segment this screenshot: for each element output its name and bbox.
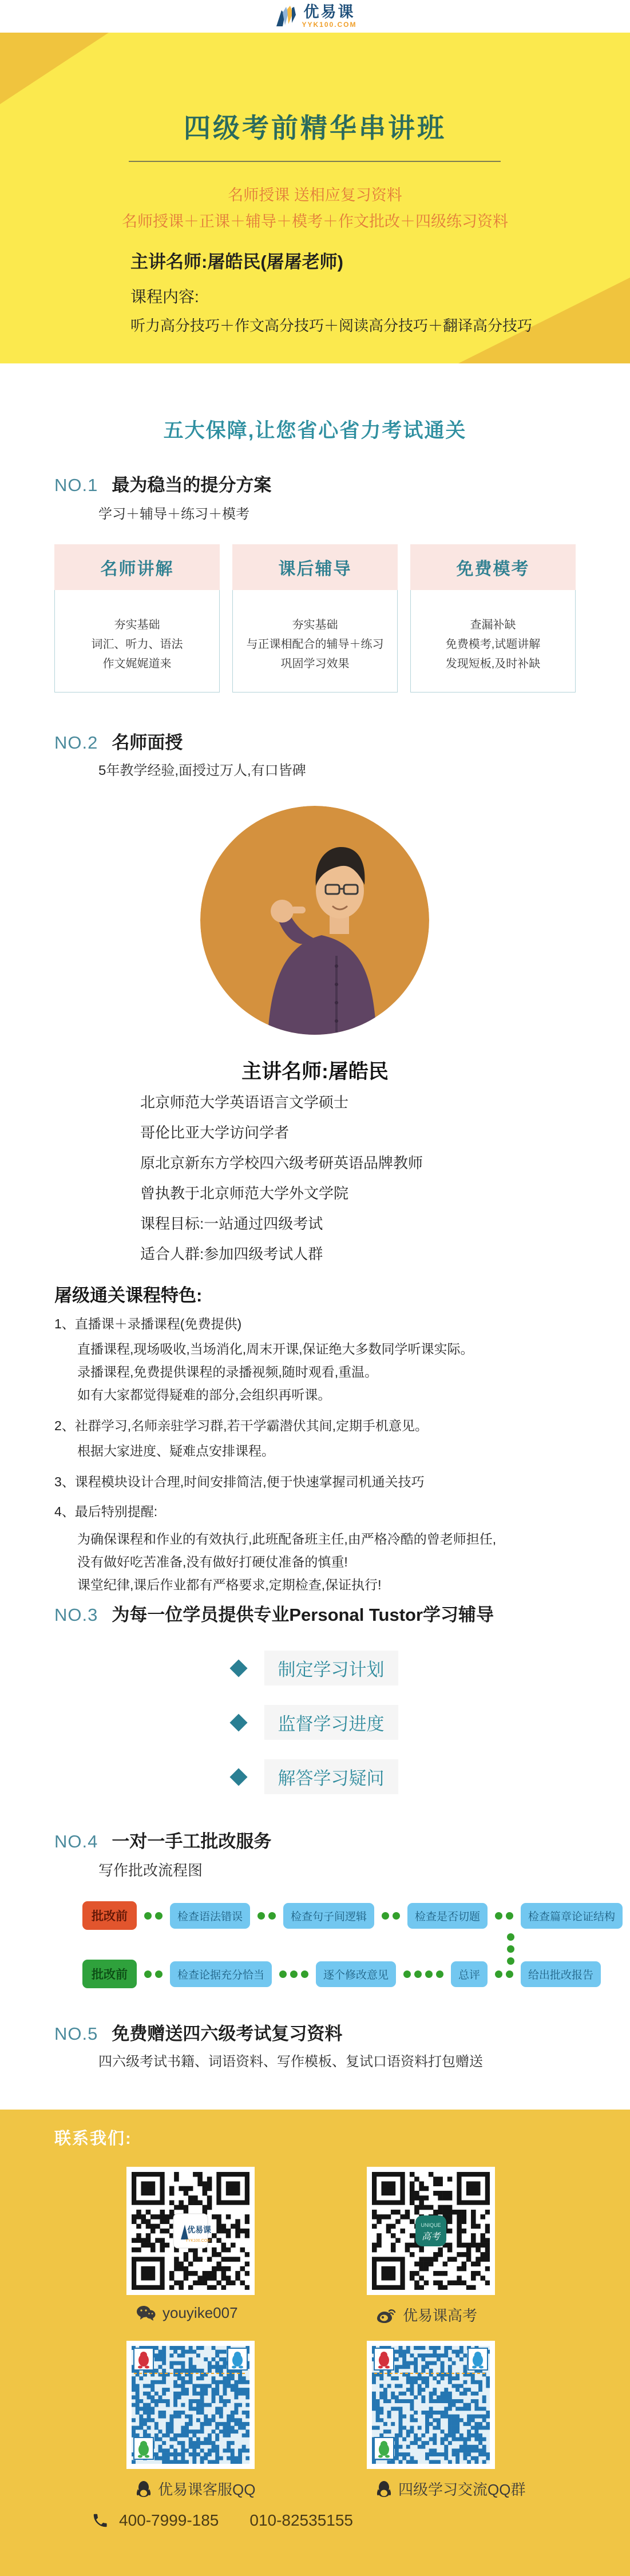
card-line: 与正课相配合的辅导＋练习 xyxy=(233,635,397,654)
bullet-label: 监督学习进度 xyxy=(264,1705,398,1740)
teacher-bio: 北京师范大学英语语言文学硕士 哥伦比亚大学访问学者 原北京新东方学校四六级考研英… xyxy=(140,1087,423,1269)
features-heading: 屠级通关课程特色: xyxy=(54,1281,202,1307)
weibo-account-label: 优易课高考 xyxy=(377,2304,477,2325)
no3-badge: NO.3 xyxy=(54,1605,98,1625)
flow-dots xyxy=(402,1970,445,1978)
tutor-bullets: 制定学习计划 监督学习进度 解答学习疑问 xyxy=(0,1651,630,1814)
card-line: 免费模考,试题讲解 xyxy=(411,635,575,654)
card-body: 查漏补缺 免费模考,试题讲解 发现短板,及时补缺 xyxy=(411,590,575,674)
banner-teacher-line: 主讲名师:屠皓民(屠屠老师) xyxy=(130,247,343,273)
no4-badge: NO.4 xyxy=(54,1831,98,1852)
section-no4-heading: NO.4 一对一手工批改服务 xyxy=(54,1827,271,1853)
feature-line: 录播课程,免费提供课程的录播视频,随时观看,重温。 xyxy=(54,1363,604,1380)
logo: 优易课 YYK100.COM xyxy=(273,5,356,29)
card-line: 巩固学习效果 xyxy=(233,654,397,674)
section-no2-heading: NO.2 名师面授 xyxy=(54,728,183,754)
course-title: 四级考前精华串讲班 xyxy=(0,107,630,145)
flow-step-box: 检查篇章论证结构 xyxy=(521,1903,623,1929)
section-no3-heading: NO.3 为每一位学员提供专业Personal Tustor学习辅导 xyxy=(54,1600,494,1626)
card-body: 夯实基础 与正课相配合的辅导＋练习 巩固学习效果 xyxy=(233,590,397,674)
flow-step-box: 总评 xyxy=(451,1961,488,1987)
no2-title: 名师面授 xyxy=(112,728,183,754)
no4-subtitle: 写作批改流程图 xyxy=(98,1859,203,1880)
feature-line: 课堂纪律,课后作业都有严格要求,定期检查,保证执行! xyxy=(54,1576,604,1593)
weibo-qr-code: UNIQUE高考 xyxy=(367,2167,495,2295)
svg-text:UNIQUE: UNIQUE xyxy=(421,2222,441,2228)
flow-start-box: 批改前 xyxy=(82,1960,137,1988)
teacher-illustration xyxy=(200,806,429,1035)
phone-number: 400-7999-185 xyxy=(119,2511,219,2530)
qq-service-qr-code xyxy=(126,2341,255,2469)
feature-line: 根据大家进度、疑难点安排课程。 xyxy=(54,1442,604,1459)
no2-badge: NO.2 xyxy=(54,733,98,753)
qr-label-text: 优易课高考 xyxy=(403,2304,477,2325)
bio-line: 适合人群:参加四级考试人群 xyxy=(140,1239,423,1269)
card-line: 发现短板,及时补缺 xyxy=(411,654,575,674)
flow-dots xyxy=(493,1970,515,1978)
no5-title: 免费赠送四六级考试复习资料 xyxy=(112,2019,342,2045)
diamond-icon xyxy=(229,1714,247,1731)
qq-icon xyxy=(377,2480,391,2498)
feature-line: 直播课程,现场吸收,当场消化,周末开课,保证绝大多数同学听课实际。 xyxy=(54,1340,604,1358)
guarantee-cards: 名师讲解 夯实基础 词汇、听力、语法 作文娓娓道来 课后辅导 夯实基础 与正课相… xyxy=(54,545,576,693)
card-line: 夯实基础 xyxy=(55,615,219,635)
features-list: 1、直播课＋录播课程(免费提供) 直播课程,现场吸收,当场消化,周末开课,保证绝… xyxy=(54,1315,604,1593)
banner-divider xyxy=(129,161,501,162)
bullet-row: 解答学习疑问 xyxy=(0,1759,630,1794)
bullet-row: 监督学习进度 xyxy=(0,1705,630,1740)
hero-banner: 四级考前精华串讲班 名师授课 送相应复习资料 名师授课＋正课＋辅导＋模考＋作文批… xyxy=(0,33,630,363)
feature-line: 3、课程模块设计合理,时间安排简洁,便于快速掌握司机通关技巧 xyxy=(54,1473,604,1490)
feature-line: 如有大家都觉得疑难的部分,会组织再听课。 xyxy=(54,1386,604,1403)
bullet-label: 解答学习疑问 xyxy=(264,1759,398,1794)
banner-content-line: 听力高分技巧＋作文高分技巧＋阅读高分技巧＋翻译高分技巧 xyxy=(130,314,532,335)
card-line: 夯实基础 xyxy=(233,615,397,635)
card-line: 词汇、听力、语法 xyxy=(55,635,219,654)
teacher-photo xyxy=(200,806,429,1035)
flow-step-box: 检查语法错误 xyxy=(170,1903,250,1929)
bullet-label: 制定学习计划 xyxy=(264,1651,398,1685)
feature-line: 没有做好吃苦准备,没有做好打硬仗准备的慎重! xyxy=(54,1553,604,1570)
section-no1-heading: NO.1 最为稳当的提分方案 xyxy=(54,470,271,496)
card-line: 作文娓娓道来 xyxy=(55,654,219,674)
bullet-row: 制定学习计划 xyxy=(0,1651,630,1685)
bio-line: 北京师范大学英语语言文学硕士 xyxy=(140,1087,423,1118)
card-line: 查漏补缺 xyxy=(411,615,575,635)
feature-line: 1、直播课＋录播课程(免费提供) xyxy=(54,1315,604,1332)
qq-service-label: 优易课客服QQ xyxy=(136,2478,255,2499)
svg-text:高考: 高考 xyxy=(422,2231,441,2242)
no1-title: 最为稳当的提分方案 xyxy=(112,470,271,496)
qr-label-text: 优易课客服QQ xyxy=(158,2478,255,2499)
flow-start-box: 批改前 xyxy=(82,1901,137,1930)
flow-dots xyxy=(380,1912,402,1920)
feature-line: 2、社群学习,名师亲驻学习群,若干学霸潜伏其间,定期手机意见。 xyxy=(54,1417,604,1434)
bio-line: 曾执教于北京师范大学外文学院 xyxy=(140,1178,423,1209)
qq-group-label: 四级学习交流QQ群 xyxy=(377,2478,525,2499)
flow-step-box: 检查是否切题 xyxy=(407,1903,488,1929)
flow-step-box: 逐个修改意见 xyxy=(316,1961,396,1987)
wechat-qr-code: 优易课YYK100.COM xyxy=(126,2167,255,2295)
bio-line: 课程目标:一站通过四级考试 xyxy=(140,1209,423,1239)
teacher-name-heading: 主讲名师:屠皓民 xyxy=(0,1056,630,1085)
no1-badge: NO.1 xyxy=(54,475,98,496)
no2-subtitle: 5年教学经验,面授过万人,有口皆碑 xyxy=(98,759,306,779)
phone-contact: 400-7999-185 010-82535155 xyxy=(92,2511,353,2530)
flow-dots xyxy=(493,1912,515,1920)
site-header: 优易课 YYK100.COM xyxy=(0,0,630,33)
logo-text: 优易课 YYK100.COM xyxy=(302,5,356,28)
banner-wedge-top-left xyxy=(0,33,109,104)
no3-title: 为每一位学员提供专业Personal Tustor学习辅导 xyxy=(112,1600,494,1626)
diamond-icon xyxy=(229,1768,247,1786)
banner-subtitle-2: 名师授课＋正课＋辅导＋模考＋作文批改＋四级练习资料 xyxy=(0,209,630,231)
feature-line: 为确保课程和作业的有效执行,此班配备班主任,由严格冷酷的曾老师担任, xyxy=(54,1530,604,1548)
contact-footer: 联系我们: 优易课YYK100.COM UNIQUE高考 youyike007 xyxy=(0,2110,630,2576)
promo-page: 优易课 YYK100.COM 四级考前精华串讲班 名师授课 送相应复习资料 名师… xyxy=(0,0,630,2576)
diamond-icon xyxy=(229,1659,247,1677)
logo-domain-text: YYK100.COM xyxy=(302,21,356,28)
card-title: 名师讲解 xyxy=(54,544,220,590)
guarantees-heading: 五大保障,让您省心省力考试通关 xyxy=(0,415,630,444)
flow-dots xyxy=(278,1970,310,1978)
qr-label-text: 四级学习交流QQ群 xyxy=(398,2478,525,2499)
card-body: 夯实基础 词汇、听力、语法 作文娓娓道来 xyxy=(55,590,219,674)
wechat-icon xyxy=(136,2305,156,2322)
no5-subtitle: 四六级考试书籍、词语资料、写作模板、复试口语资料打包赠送 xyxy=(98,2050,483,2070)
qr-label-text: youyike007 xyxy=(163,2304,238,2322)
flow-row-2: 批改前 检查论据充分恰当 逐个修改意见 总评 给出批改报告 xyxy=(82,1960,601,1988)
logo-cn-text: 优易课 xyxy=(304,5,355,20)
feature-line: 4、最后特别提醒: xyxy=(54,1503,604,1520)
qq-icon xyxy=(136,2480,151,2498)
logo-book-icon xyxy=(273,5,298,29)
flow-dots xyxy=(256,1912,278,1920)
banner-content-label: 课程内容: xyxy=(130,284,199,307)
card-free-mock-exam: 免费模考 查漏补缺 免费模考,试题讲解 发现短板,及时补缺 xyxy=(410,545,576,693)
bio-line: 原北京新东方学校四六级考研英语品牌教师 xyxy=(140,1148,423,1178)
bio-line: 哥伦比亚大学访问学者 xyxy=(140,1118,423,1148)
card-title: 课后辅导 xyxy=(232,544,398,590)
svg-text:YYK100.COM: YYK100.COM xyxy=(185,2239,211,2243)
contact-heading: 联系我们: xyxy=(54,2126,132,2149)
card-after-class-tutoring: 课后辅导 夯实基础 与正课相配合的辅导＋练习 巩固学习效果 xyxy=(232,545,398,693)
card-teacher-lecture: 名师讲解 夯实基础 词汇、听力、语法 作文娓娓道来 xyxy=(54,545,220,693)
section-no5-heading: NO.5 免费赠送四六级考试复习资料 xyxy=(54,2019,342,2045)
flow-step-box: 给出批改报告 xyxy=(521,1961,601,1987)
weibo-icon xyxy=(377,2306,396,2324)
banner-subtitle-1: 名师授课 送相应复习资料 xyxy=(0,183,630,205)
qq-group-qr-code xyxy=(367,2341,495,2469)
phone-icon xyxy=(92,2512,109,2529)
no4-title: 一对一手工批改服务 xyxy=(112,1827,271,1853)
flow-dots xyxy=(142,1970,164,1978)
flow-step-box: 检查论据充分恰当 xyxy=(170,1961,272,1987)
flow-dots xyxy=(142,1912,164,1920)
wechat-account-label: youyike007 xyxy=(136,2304,238,2322)
phone-number: 010-82535155 xyxy=(249,2511,353,2530)
card-title: 免费模考 xyxy=(410,544,576,590)
no1-subtitle: 学习＋辅导＋练习＋模考 xyxy=(98,502,249,523)
flow-step-box: 检查句子间逻辑 xyxy=(283,1903,374,1929)
no5-badge: NO.5 xyxy=(54,2024,98,2044)
flow-row-1: 批改前 检查语法错误 检查句子间逻辑 检查是否切题 检查篇章论证结构 xyxy=(82,1901,623,1930)
svg-text:优易课: 优易课 xyxy=(187,2225,211,2234)
